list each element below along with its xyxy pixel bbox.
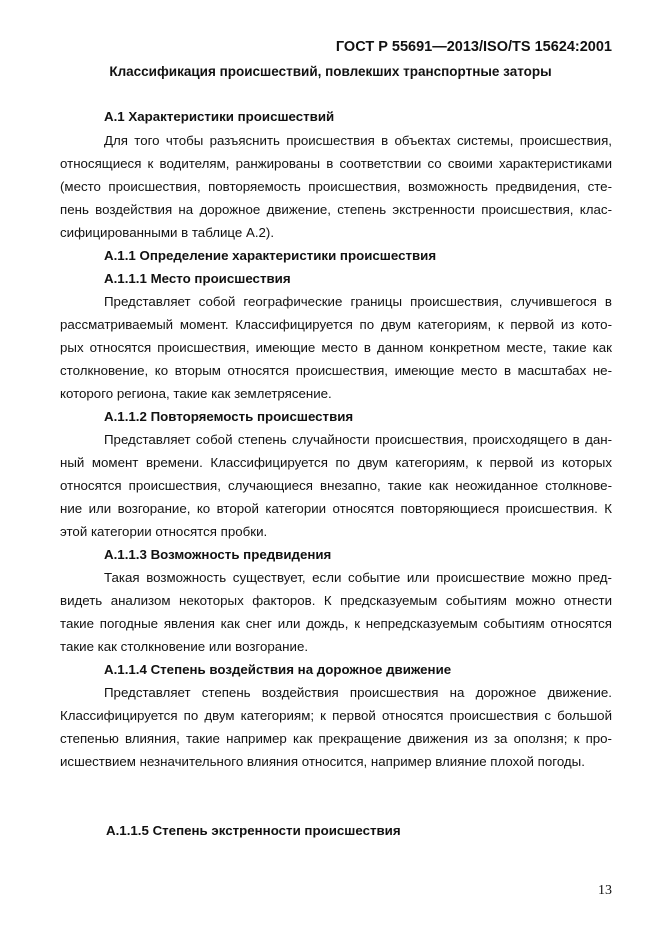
paragraph-line: рых относятся происшествия, имеющие мест… <box>60 340 612 356</box>
paragraph-line: (место происшествия, повторяемость проис… <box>60 179 612 195</box>
section-heading-a111: А.1.1.1 Место происшествия <box>104 271 612 287</box>
paragraph-line: этой категории относятся пробки. <box>60 524 612 540</box>
paragraph-line: Представляет собой географические границ… <box>104 294 612 310</box>
page-number: 13 <box>598 883 612 899</box>
section-heading-a11: А.1.1 Определение характеристики происше… <box>104 248 612 264</box>
paragraph-line: ние или возгорание, ко второй категории … <box>60 501 612 517</box>
section-heading-a115: А.1.1.5 Степень экстренности происшестви… <box>106 823 658 839</box>
paragraph-line: такие как столкновение или возгорание. <box>60 639 612 655</box>
paragraph-line: пень воздействия на дорожное движение, с… <box>60 202 612 218</box>
paragraph-line: ный момент времени. Классифицируется по … <box>60 455 612 471</box>
document-header: ГОСТ Р 55691—2013/ISO/TS 15624:2001 <box>336 39 612 55</box>
paragraph-line: степенью влияния, такие например как пре… <box>60 731 612 747</box>
page-title: Классификация происшествий, повлекших тр… <box>0 64 661 79</box>
section-heading-a1: А.1 Характеристики происшествий <box>104 109 612 125</box>
paragraph-line: Для того чтобы разъяснить происшествия в… <box>104 133 612 149</box>
paragraph-line: Представляет собой степень случайности п… <box>104 432 612 448</box>
paragraph-line: относятся происшествия, случающиеся внез… <box>60 478 612 494</box>
paragraph-line: сифицированными в таблице А.2). <box>60 225 612 241</box>
paragraph-line: относящиеся к водителям, ранжированы в с… <box>60 156 612 172</box>
section-heading-a113: А.1.1.3 Возможность предвидения <box>104 547 612 563</box>
section-heading-a112: А.1.1.2 Повторяемость происшествия <box>104 409 612 425</box>
paragraph-line: рассматриваемый момент. Классифицируется… <box>60 317 612 333</box>
paragraph-line: столкновение, ко вторым относятся происш… <box>60 363 612 379</box>
paragraph-line: которого региона, такие как землетрясени… <box>60 386 612 402</box>
paragraph-line: видеть анализом некоторых факторов. К пр… <box>60 593 612 609</box>
paragraph-line: Классифицируется по двум категориям; к п… <box>60 708 612 724</box>
paragraph-line: такие погодные явления как снег или дожд… <box>60 616 612 632</box>
paragraph-line: Такая возможность существует, если событ… <box>104 570 612 586</box>
paragraph-line: Представляет степень воздействия происше… <box>104 685 612 701</box>
paragraph-line: исшествием незначительного влияния относ… <box>60 754 612 770</box>
section-heading-a114: А.1.1.4 Степень воздействия на дорожное … <box>104 662 612 678</box>
